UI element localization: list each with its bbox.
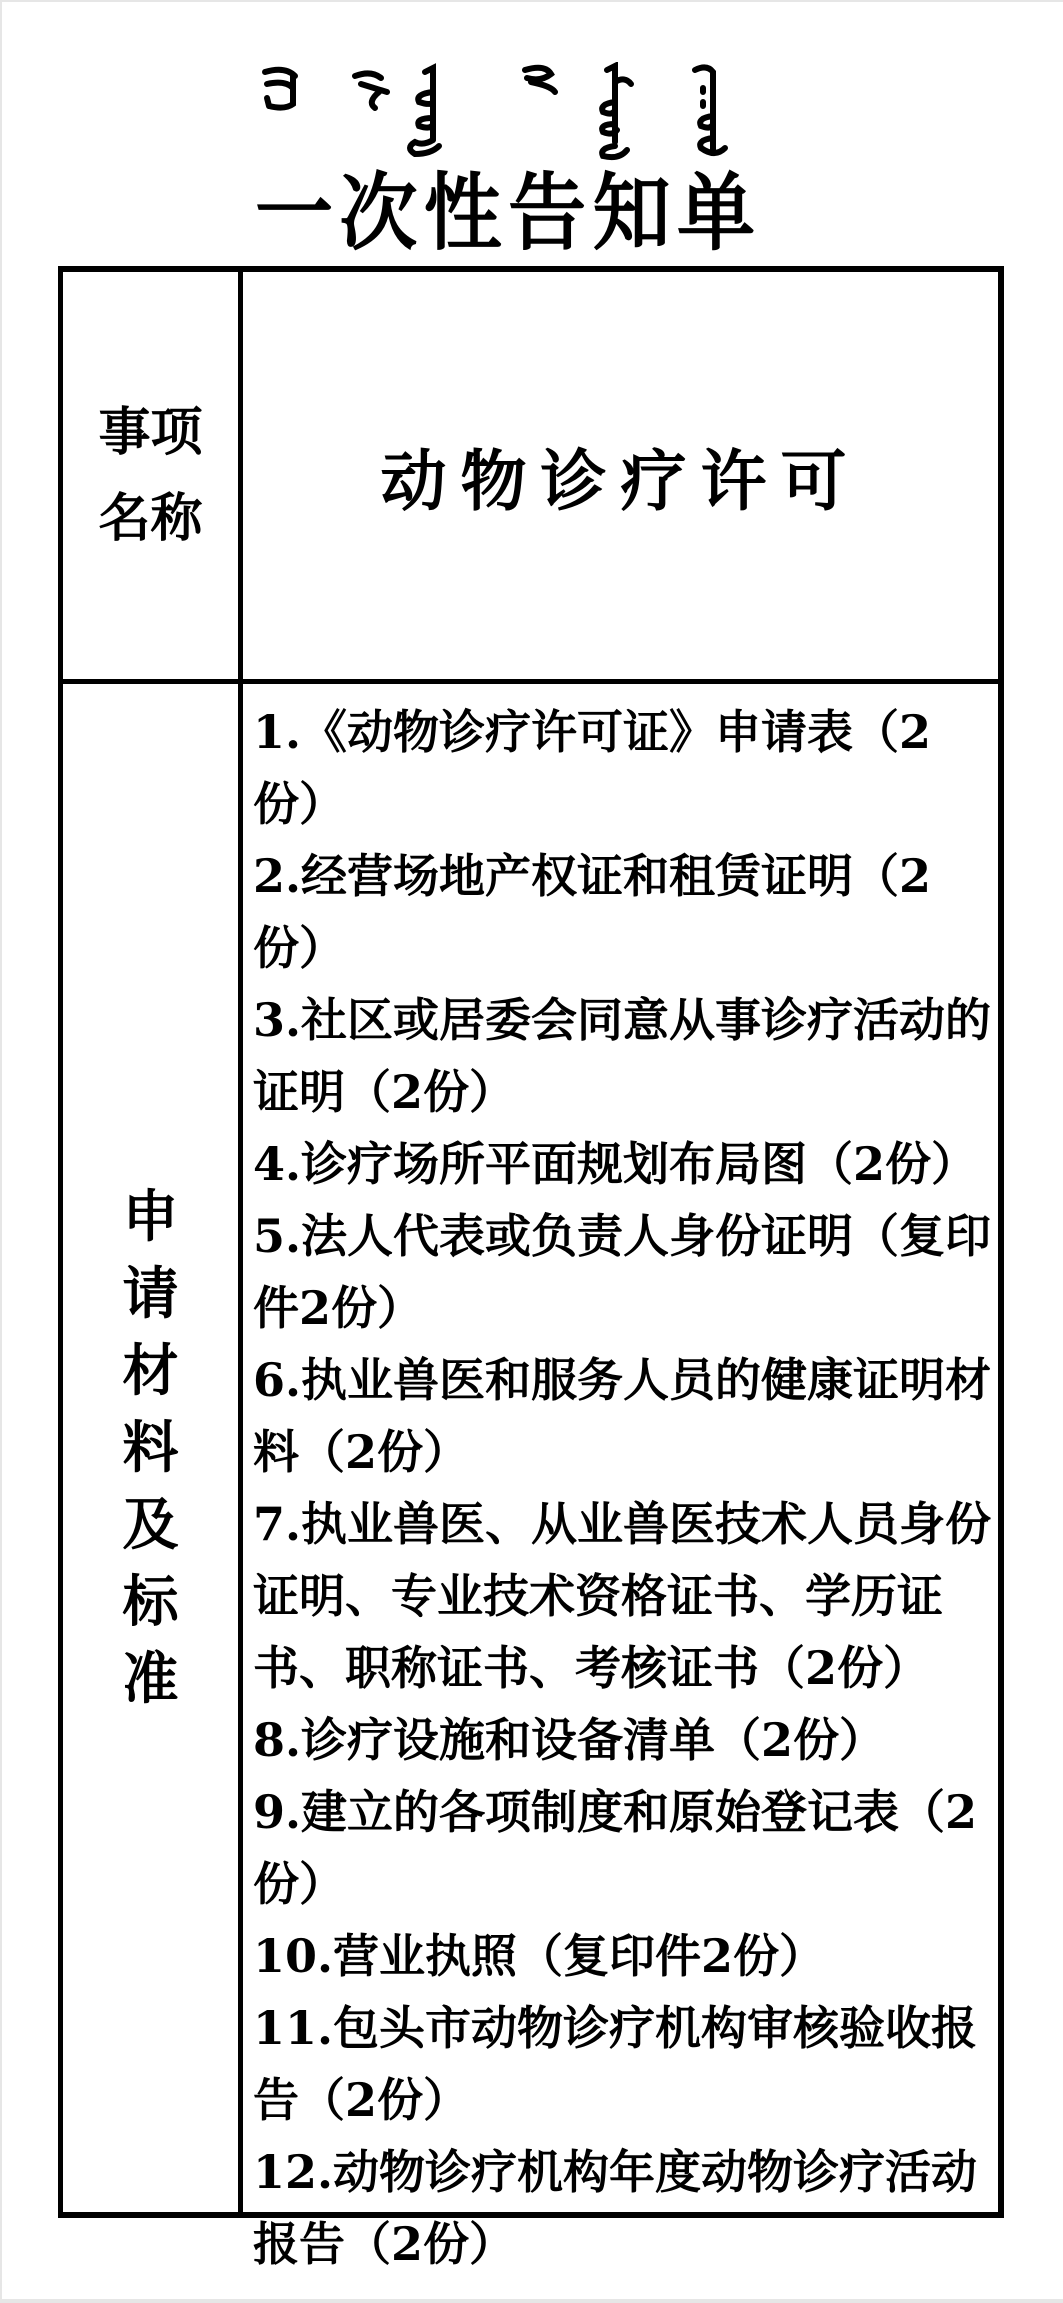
page-edge-bottom [0, 2299, 1063, 2303]
materials-label-char: 申 [123, 1179, 179, 1256]
page-edge-left [0, 0, 2, 2303]
materials-list-item: 11.包头市动物诊疗机构审核验收报告（2份） [253, 1992, 993, 2136]
title-char: 告 [508, 164, 586, 263]
title-char: 次 [339, 164, 417, 263]
page-title: 一 次 性 告 知 单 [255, 164, 755, 263]
materials-list-item: 5.法人代表或负责人身份证明（复印件2份） [253, 1200, 993, 1344]
materials-list-item: 10.营业执照（复印件2份） [253, 1920, 993, 1992]
materials-label: 申 请 材 料 及 标 准 [63, 684, 238, 2212]
materials-label-char: 材 [123, 1333, 179, 1410]
mongolian-title-graphic [255, 62, 765, 162]
title-char: 一 [255, 164, 333, 263]
materials-label-char: 料 [123, 1410, 179, 1487]
title-char: 单 [677, 164, 755, 263]
notice-table: 事项 名称 动物诊疗许可 申 请 材 料 及 标 准 1.《动物诊疗许可证》申请… [58, 266, 1004, 2218]
materials-label-char: 标 [123, 1564, 179, 1641]
materials-list-item: 8.诊疗设施和设备清单（2份） [253, 1704, 993, 1776]
materials-list-item: 4.诊疗场所平面规划布局图（2份） [253, 1128, 993, 1200]
materials-label-char: 请 [123, 1256, 179, 1333]
materials-label-char: 及 [123, 1487, 179, 1564]
materials-list-item: 6.执业兽医和服务人员的健康证明材料（2份） [253, 1344, 993, 1488]
item-name-label: 事项 名称 [63, 272, 238, 679]
title-char: 知 [593, 164, 671, 263]
materials-list-item: 7.执业兽医、从业兽医技术人员身份证明、专业技术资格证书、学历证书、职称证书、考… [253, 1488, 993, 1704]
materials-list-item: 3.社区或居委会同意从事诊疗活动的证明（2份） [253, 984, 993, 1128]
materials-list-item: 9.建立的各项制度和原始登记表（2份） [253, 1776, 993, 1920]
item-name-label-line: 事项 [98, 390, 202, 476]
materials-list-item: 2.经营场地产权证和租赁证明（2份） [253, 840, 993, 984]
item-name-label-line: 名称 [98, 476, 202, 562]
item-name-value: 动物诊疗许可 [243, 272, 998, 679]
materials-list-item: 1.《动物诊疗许可证》申请表（2份） [253, 696, 993, 840]
title-char: 性 [424, 164, 502, 263]
page-edge-top [0, 0, 1063, 2]
materials-label-char: 准 [123, 1641, 179, 1718]
materials-list-item: 12.动物诊疗机构年度动物诊疗活动报告（2份） [253, 2136, 993, 2280]
materials-list: 1.《动物诊疗许可证》申请表（2份） 2.经营场地产权证和租赁证明（2份） 3.… [253, 696, 993, 2280]
